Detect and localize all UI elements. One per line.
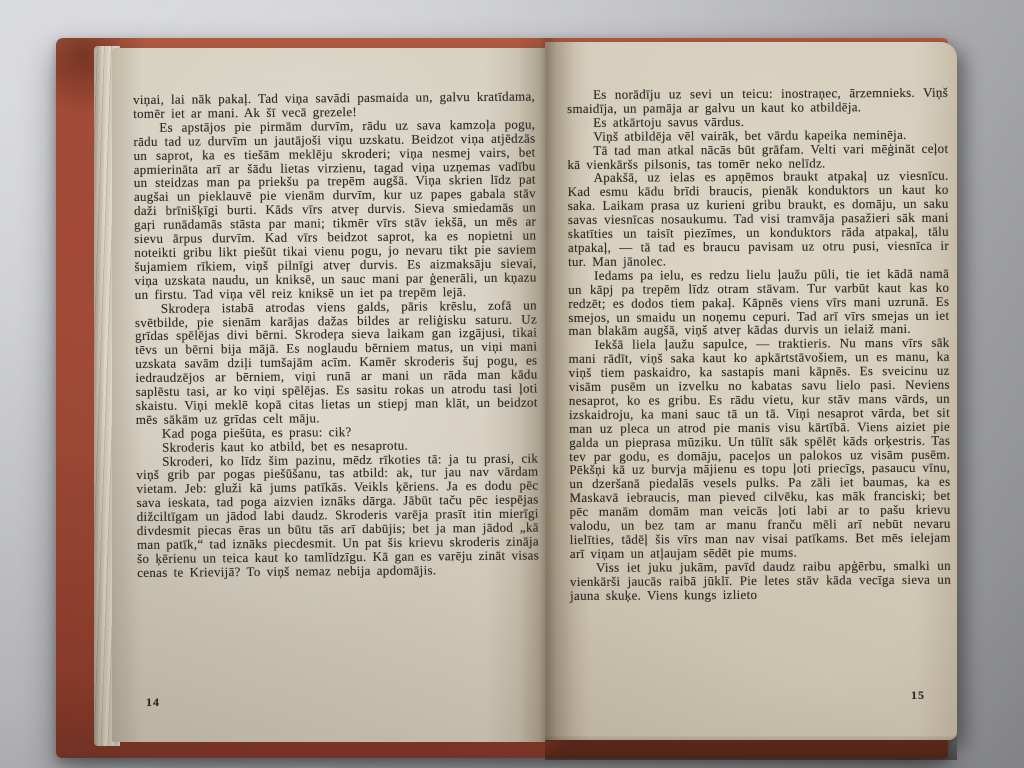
paragraph: Apakšā, uz ielas es apņēmos braukt atpak… (568, 169, 950, 269)
right-page-text: Es norādīju uz sevi un teicu: inostraņec… (567, 86, 951, 603)
right-page-number: 15 (911, 688, 925, 703)
left-page: viņai, lai nāk pakaļ. Tad viņa savādi pa… (112, 48, 545, 742)
paragraph: Tā tad man atkal nācās būt grāfam. Velti… (567, 141, 948, 171)
paragraph: Es apstājos pie pirmām durvīm, rādu uz s… (133, 117, 537, 301)
left-page-text: viņai, lai nāk pakaļ. Tad viņa savādi pa… (133, 89, 539, 579)
photo-of-open-book: viņai, lai nāk pakaļ. Tad viņa savādi pa… (0, 0, 1024, 768)
paragraph: Viss iet juku jukām, pavīd daudz raibu a… (570, 558, 951, 602)
paragraph: Es norādīju uz sevi un teicu: inostraņec… (567, 86, 948, 116)
paragraph: Iekšā liela ļaužu sapulce, — traktieris.… (569, 336, 951, 561)
right-page: Es norādīju uz sevi un teicu: inostraņec… (545, 42, 957, 740)
left-page-number: 14 (146, 695, 160, 710)
paragraph: Skroderi, ko līdz šim pazinu, mēdz rīkot… (136, 451, 539, 580)
paragraph: Skrodeŗa istabā atrodas viens galds, pār… (135, 298, 538, 427)
paragraph: Iedams pa ielu, es redzu lielu ļaužu pūl… (568, 266, 949, 338)
